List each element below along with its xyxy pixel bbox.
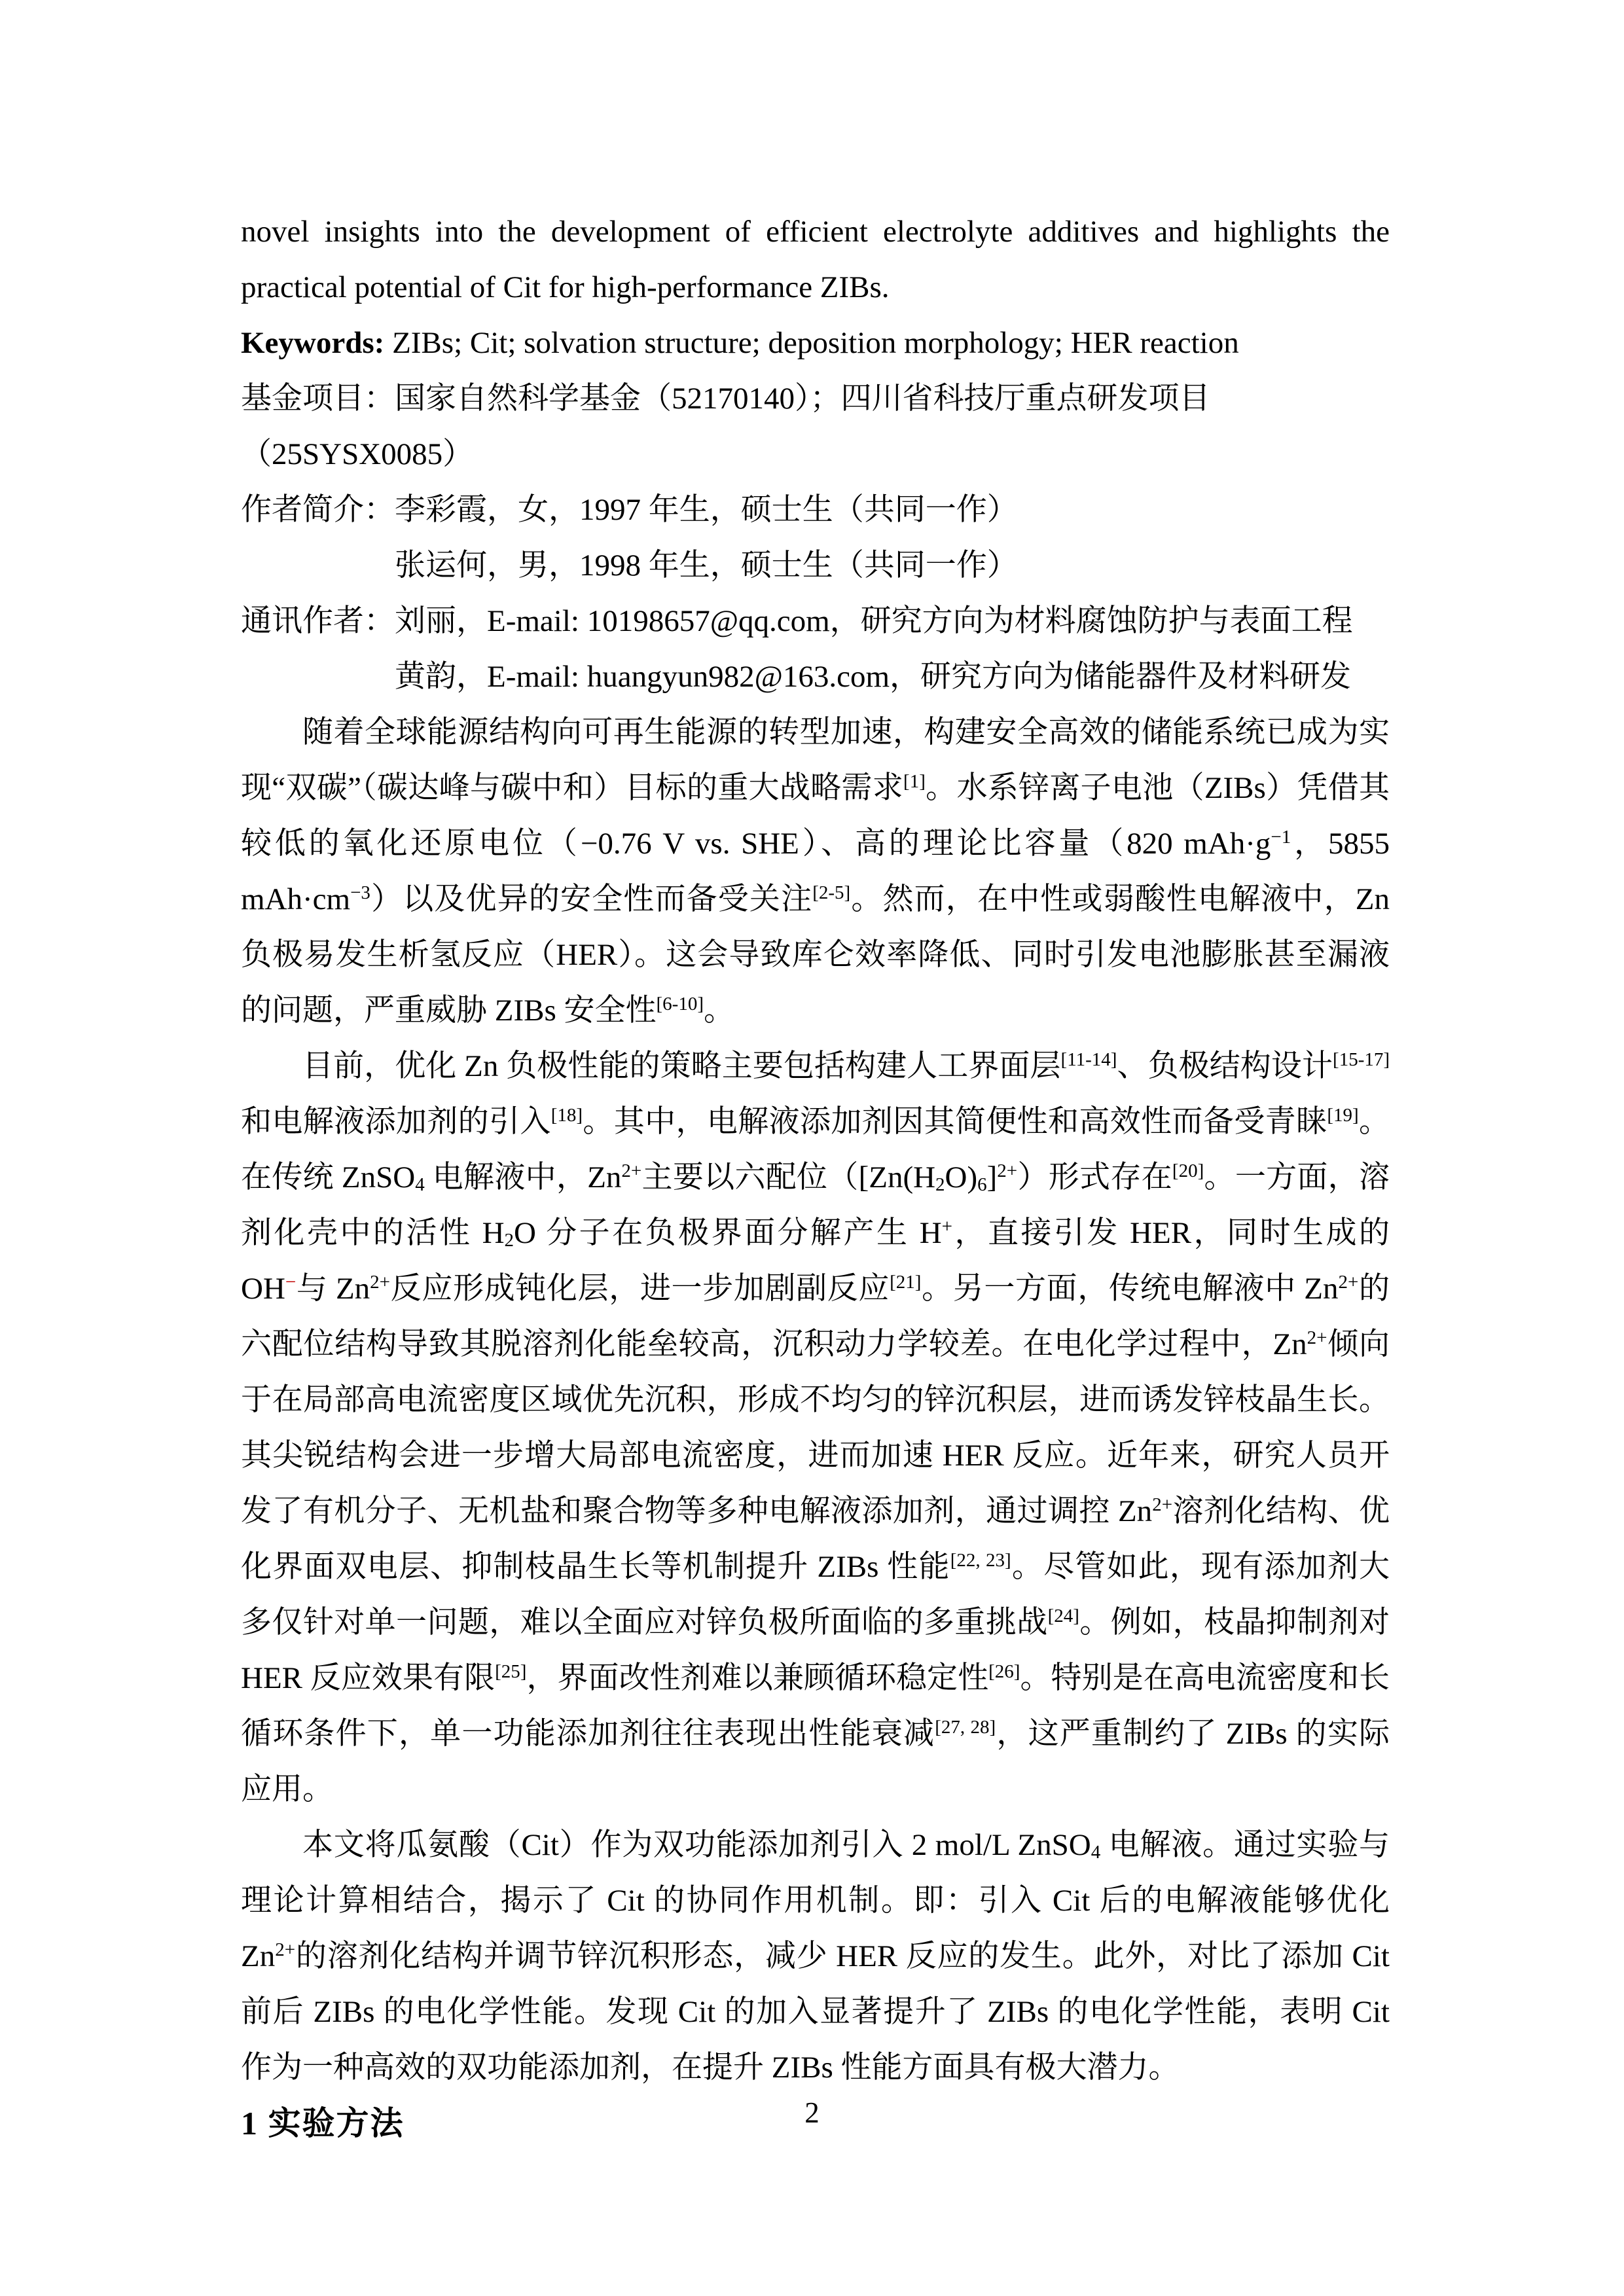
superscript: −3 xyxy=(350,882,370,903)
text-run: 电解液中，Zn xyxy=(425,1160,622,1194)
superscript: 2+ xyxy=(370,1272,390,1293)
intro-paragraph-3: 本文将瓜氨酸（Cit）作为双功能添加剂引入 2 mol/L ZnSO4 电解液。… xyxy=(241,1818,1390,2096)
author-bio-line-1: 作者简介：李彩霞，女，1997 年生，硕士生（共同一作） xyxy=(241,482,1390,538)
superscript: [22, 23] xyxy=(950,1550,1011,1571)
document-page: novel insights into the development of e… xyxy=(0,0,1624,2296)
superscript: −1 xyxy=(1271,827,1291,848)
text-run: 作者简介：李彩霞，女，1997 年生，硕士生（共同一作） xyxy=(241,493,1018,527)
superscript: [2-5] xyxy=(812,882,850,903)
page-number: 2 xyxy=(0,2093,1624,2132)
corresponding-author-line-2: 黄韵，E-mail: huangyun982@163.com，研究方向为储能器件… xyxy=(241,649,1390,705)
superscript: + xyxy=(942,1216,952,1237)
text-run: 。 xyxy=(704,994,734,1028)
text-run: 主要以六配位（[Zn(H xyxy=(641,1160,935,1194)
superscript: 2+ xyxy=(1152,1494,1172,1515)
superscript: [19] xyxy=(1327,1105,1358,1126)
text-run: 、负极结构设计 xyxy=(1117,1049,1333,1083)
superscript: − xyxy=(285,1272,296,1293)
superscript: [18] xyxy=(551,1105,583,1126)
text-run: 和电解液添加剂的引入 xyxy=(241,1105,551,1139)
keywords-line: Keywords: ZIBs; Cit; solvation structure… xyxy=(241,315,1390,371)
text-run: 张运何，男，1998 年生，硕士生（共同一作） xyxy=(395,548,1018,583)
superscript: [21] xyxy=(890,1272,921,1293)
body-text: novel insights into the development of e… xyxy=(241,204,1390,2151)
text-run: 的溶剂化结构并调节锌沉积形态，减少 HER 反应的发生。此外，对比了添加 Cit… xyxy=(241,1939,1390,2085)
superscript: [15-17] xyxy=(1333,1049,1390,1070)
text-run: ）形式存在 xyxy=(1017,1160,1172,1194)
superscript: [26] xyxy=(988,1661,1020,1682)
superscript: [27, 28] xyxy=(935,1717,996,1738)
superscript: [1] xyxy=(903,771,926,792)
text-run: ，界面改性剂难以兼顾循环稳定性 xyxy=(526,1661,988,1695)
superscript: 2+ xyxy=(1339,1272,1359,1293)
superscript: [11-14] xyxy=(1061,1049,1117,1070)
text-run: 本文将瓜氨酸（Cit）作为双功能添加剂引入 2 mol/L ZnSO xyxy=(302,1828,1091,1862)
text-run: 黄韵，E-mail: huangyun982@163.com，研究方向为储能器件… xyxy=(395,660,1351,694)
corresponding-author-line-1: 通讯作者：刘丽，E-mail: 10198657@qq.com，研究方向为材料腐… xyxy=(241,594,1390,649)
superscript: 2+ xyxy=(997,1160,1017,1181)
text-run: ZIBs; Cit; solvation structure; depositi… xyxy=(384,326,1238,360)
subscript: 4 xyxy=(415,1174,425,1195)
funding-line: 基金项目：国家自然科学基金（52170140）；四川省科技厅重点研发项目（25S… xyxy=(241,371,1390,482)
intro-paragraph-2: 目前，优化 Zn 负极性能的策略主要包括构建人工界面层[11-14]、负极结构设… xyxy=(241,1039,1390,1818)
subscript: 6 xyxy=(977,1174,987,1195)
subscript: 4 xyxy=(1091,1842,1101,1863)
author-bio-line-2: 张运何，男，1998 年生，硕士生（共同一作） xyxy=(241,538,1390,594)
text-run: 与 Zn xyxy=(296,1272,370,1306)
text-run: Keywords: xyxy=(241,326,384,360)
abstract-continuation: novel insights into the development of e… xyxy=(241,204,1390,315)
superscript: 2+ xyxy=(621,1160,641,1181)
intro-paragraph-1: 随着全球能源结构向可再生能源的转型加速，构建安全高效的储能系统已成为实现“双碳”… xyxy=(241,705,1390,1039)
superscript: 2+ xyxy=(1307,1327,1327,1348)
text-run: O) xyxy=(945,1160,978,1194)
text-run: 通讯作者：刘丽，E-mail: 10198657@qq.com，研究方向为材料腐… xyxy=(241,604,1353,638)
text-run: 。另一方面，传统电解液中 Zn xyxy=(921,1272,1338,1306)
text-run: ）以及优异的安全性而备受关注 xyxy=(370,882,812,916)
subscript: 2 xyxy=(935,1174,945,1195)
text-run: 基金项目：国家自然科学基金（52170140）；四川省科技厅重点研发项目（25S… xyxy=(241,382,1210,471)
superscript: 2+ xyxy=(275,1939,295,1960)
text-run: 反应形成钝化层，进一步加剧副反应 xyxy=(390,1272,890,1306)
superscript: [6-10] xyxy=(657,994,704,1014)
superscript: [25] xyxy=(495,1661,526,1682)
subscript: 2 xyxy=(505,1230,514,1251)
text-run: novel insights into the development of e… xyxy=(241,215,1390,304)
text-run: ] xyxy=(987,1160,998,1194)
superscript: [24] xyxy=(1048,1605,1079,1626)
superscript: [20] xyxy=(1172,1160,1204,1181)
text-run: 。其中，电解液添加剂因其简便性和高效性而备受青睐 xyxy=(583,1105,1327,1139)
text-run: 目前，优化 Zn 负极性能的策略主要包括构建人工界面层 xyxy=(302,1049,1061,1083)
text-run: O 分子在负极界面分解产生 H xyxy=(514,1216,942,1250)
